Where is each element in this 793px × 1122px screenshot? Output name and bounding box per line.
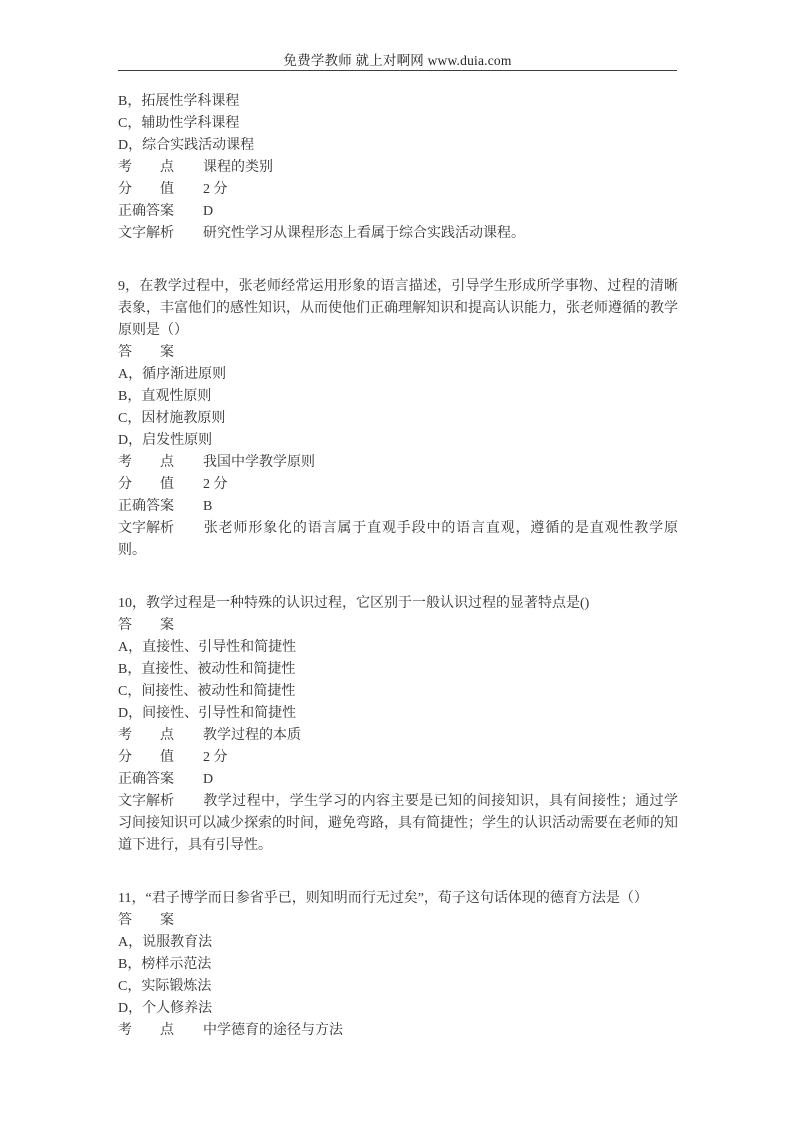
exam-point-value: 中学德育的途径与方法 (203, 1023, 343, 1038)
question-block-10: 10，教学过程是一种特殊的认识过程，它区别于一般认识过程的显著特点是() 答 案… (118, 593, 678, 857)
option: C，因材施教原则 (118, 408, 678, 430)
score-value: 2 分 (203, 477, 228, 492)
correct-answer-row: 正确答案D (118, 201, 678, 223)
option: A，循序渐进原则 (118, 364, 678, 386)
exam-point-row: 考 点课程的类别 (118, 157, 678, 179)
option: C，实际锻炼法 (118, 976, 678, 998)
document-content: B，拓展性学科课程 C，辅助性学科课程 D，综合实践活动课程 考 点课程的类别 … (118, 91, 678, 1042)
option: C，辅助性学科课程 (118, 113, 678, 135)
question-block-11: 11，“君子博学而日参省乎已，则知明而行无过矣”，荀子这句话体现的德育方法是（）… (118, 888, 678, 1042)
option: D，个人修养法 (118, 998, 678, 1020)
option: A，直接性、引导性和简捷性 (118, 637, 678, 659)
option: B，直观性原则 (118, 386, 678, 408)
analysis-row: 文字解析张老师形象化的语言属于直观手段中的语言直观，遵循的是直观性教学原则。 (118, 518, 678, 562)
correct-answer-value: D (203, 204, 213, 219)
score-label: 分 值 (118, 747, 174, 769)
exam-point-value: 教学过程的本质 (203, 728, 301, 743)
option: D，启发性原则 (118, 430, 678, 452)
score-value: 2 分 (203, 750, 228, 765)
exam-point-row: 考 点教学过程的本质 (118, 725, 678, 747)
score-value: 2 分 (203, 182, 228, 197)
analysis-label: 文字解析 (118, 223, 174, 245)
exam-point-value: 我国中学教学原则 (203, 455, 315, 470)
correct-answer-value: D (203, 772, 213, 787)
document-page: 免费学教师 就上对啊网 www.duia.com B，拓展性学科课程 C，辅助性… (0, 0, 793, 1122)
analysis-text: 研究性学习从课程形态上看属于综合实践活动课程。 (203, 226, 525, 241)
score-label: 分 值 (118, 179, 174, 201)
exam-point-row: 考 点我国中学教学原则 (118, 452, 678, 474)
option: D，间接性、引导性和简捷性 (118, 703, 678, 725)
analysis-label: 文字解析 (118, 791, 174, 813)
question-text: 9，在教学过程中，张老师经常运用形象的语言描述，引导学生形成所学事物、过程的清晰… (118, 276, 678, 342)
exam-point-value: 课程的类别 (203, 160, 273, 175)
option: B，直接性、被动性和简捷性 (118, 659, 678, 681)
exam-point-label: 考 点 (118, 1020, 174, 1042)
exam-point-label: 考 点 (118, 725, 174, 747)
answer-heading: 答 案 (118, 615, 678, 637)
analysis-text: 张老师形象化的语言属于直观手段中的语言直观，遵循的是直观性教学原则。 (118, 521, 678, 558)
analysis-row: 文字解析研究性学习从课程形态上看属于综合实践活动课程。 (118, 223, 678, 245)
exam-point-row: 考 点中学德育的途径与方法 (118, 1020, 678, 1042)
correct-answer-label: 正确答案 (118, 201, 174, 223)
correct-answer-label: 正确答案 (118, 496, 174, 518)
page-header: 免费学教师 就上对啊网 www.duia.com (118, 0, 677, 70)
analysis-label: 文字解析 (118, 518, 174, 540)
question-text: 11，“君子博学而日参省乎已，则知明而行无过矣”，荀子这句话体现的德育方法是（） (118, 888, 678, 910)
exam-point-label: 考 点 (118, 452, 174, 474)
analysis-text: 教学过程中，学生学习的内容主要是已知的间接知识，具有间接性；通过学习间接知识可以… (118, 794, 678, 853)
correct-answer-label: 正确答案 (118, 769, 174, 791)
site-tagline: 免费学教师 就上对啊网 www.duia.com (283, 53, 511, 68)
score-label: 分 值 (118, 474, 174, 496)
correct-answer-row: 正确答案D (118, 769, 678, 791)
question-block-9: 9，在教学过程中，张老师经常运用形象的语言描述，引导学生形成所学事物、过程的清晰… (118, 276, 678, 562)
score-row: 分 值2 分 (118, 747, 678, 769)
option: A，说服教育法 (118, 932, 678, 954)
score-row: 分 值2 分 (118, 179, 678, 201)
correct-answer-row: 正确答案B (118, 496, 678, 518)
correct-answer-value: B (203, 499, 212, 514)
option: D，综合实践活动课程 (118, 135, 678, 157)
option: B，拓展性学科课程 (118, 91, 678, 113)
question-text: 10，教学过程是一种特殊的认识过程，它区别于一般认识过程的显著特点是() (118, 593, 678, 615)
option: C，间接性、被动性和简捷性 (118, 681, 678, 703)
option: B，榜样示范法 (118, 954, 678, 976)
analysis-row: 文字解析教学过程中，学生学习的内容主要是已知的间接知识，具有间接性；通过学习间接… (118, 791, 678, 857)
score-row: 分 值2 分 (118, 474, 678, 496)
answer-heading: 答 案 (118, 342, 678, 364)
question-block-8: B，拓展性学科课程 C，辅助性学科课程 D，综合实践活动课程 考 点课程的类别 … (118, 91, 678, 245)
answer-heading: 答 案 (118, 910, 678, 932)
header-divider (118, 70, 677, 74)
exam-point-label: 考 点 (118, 157, 174, 179)
